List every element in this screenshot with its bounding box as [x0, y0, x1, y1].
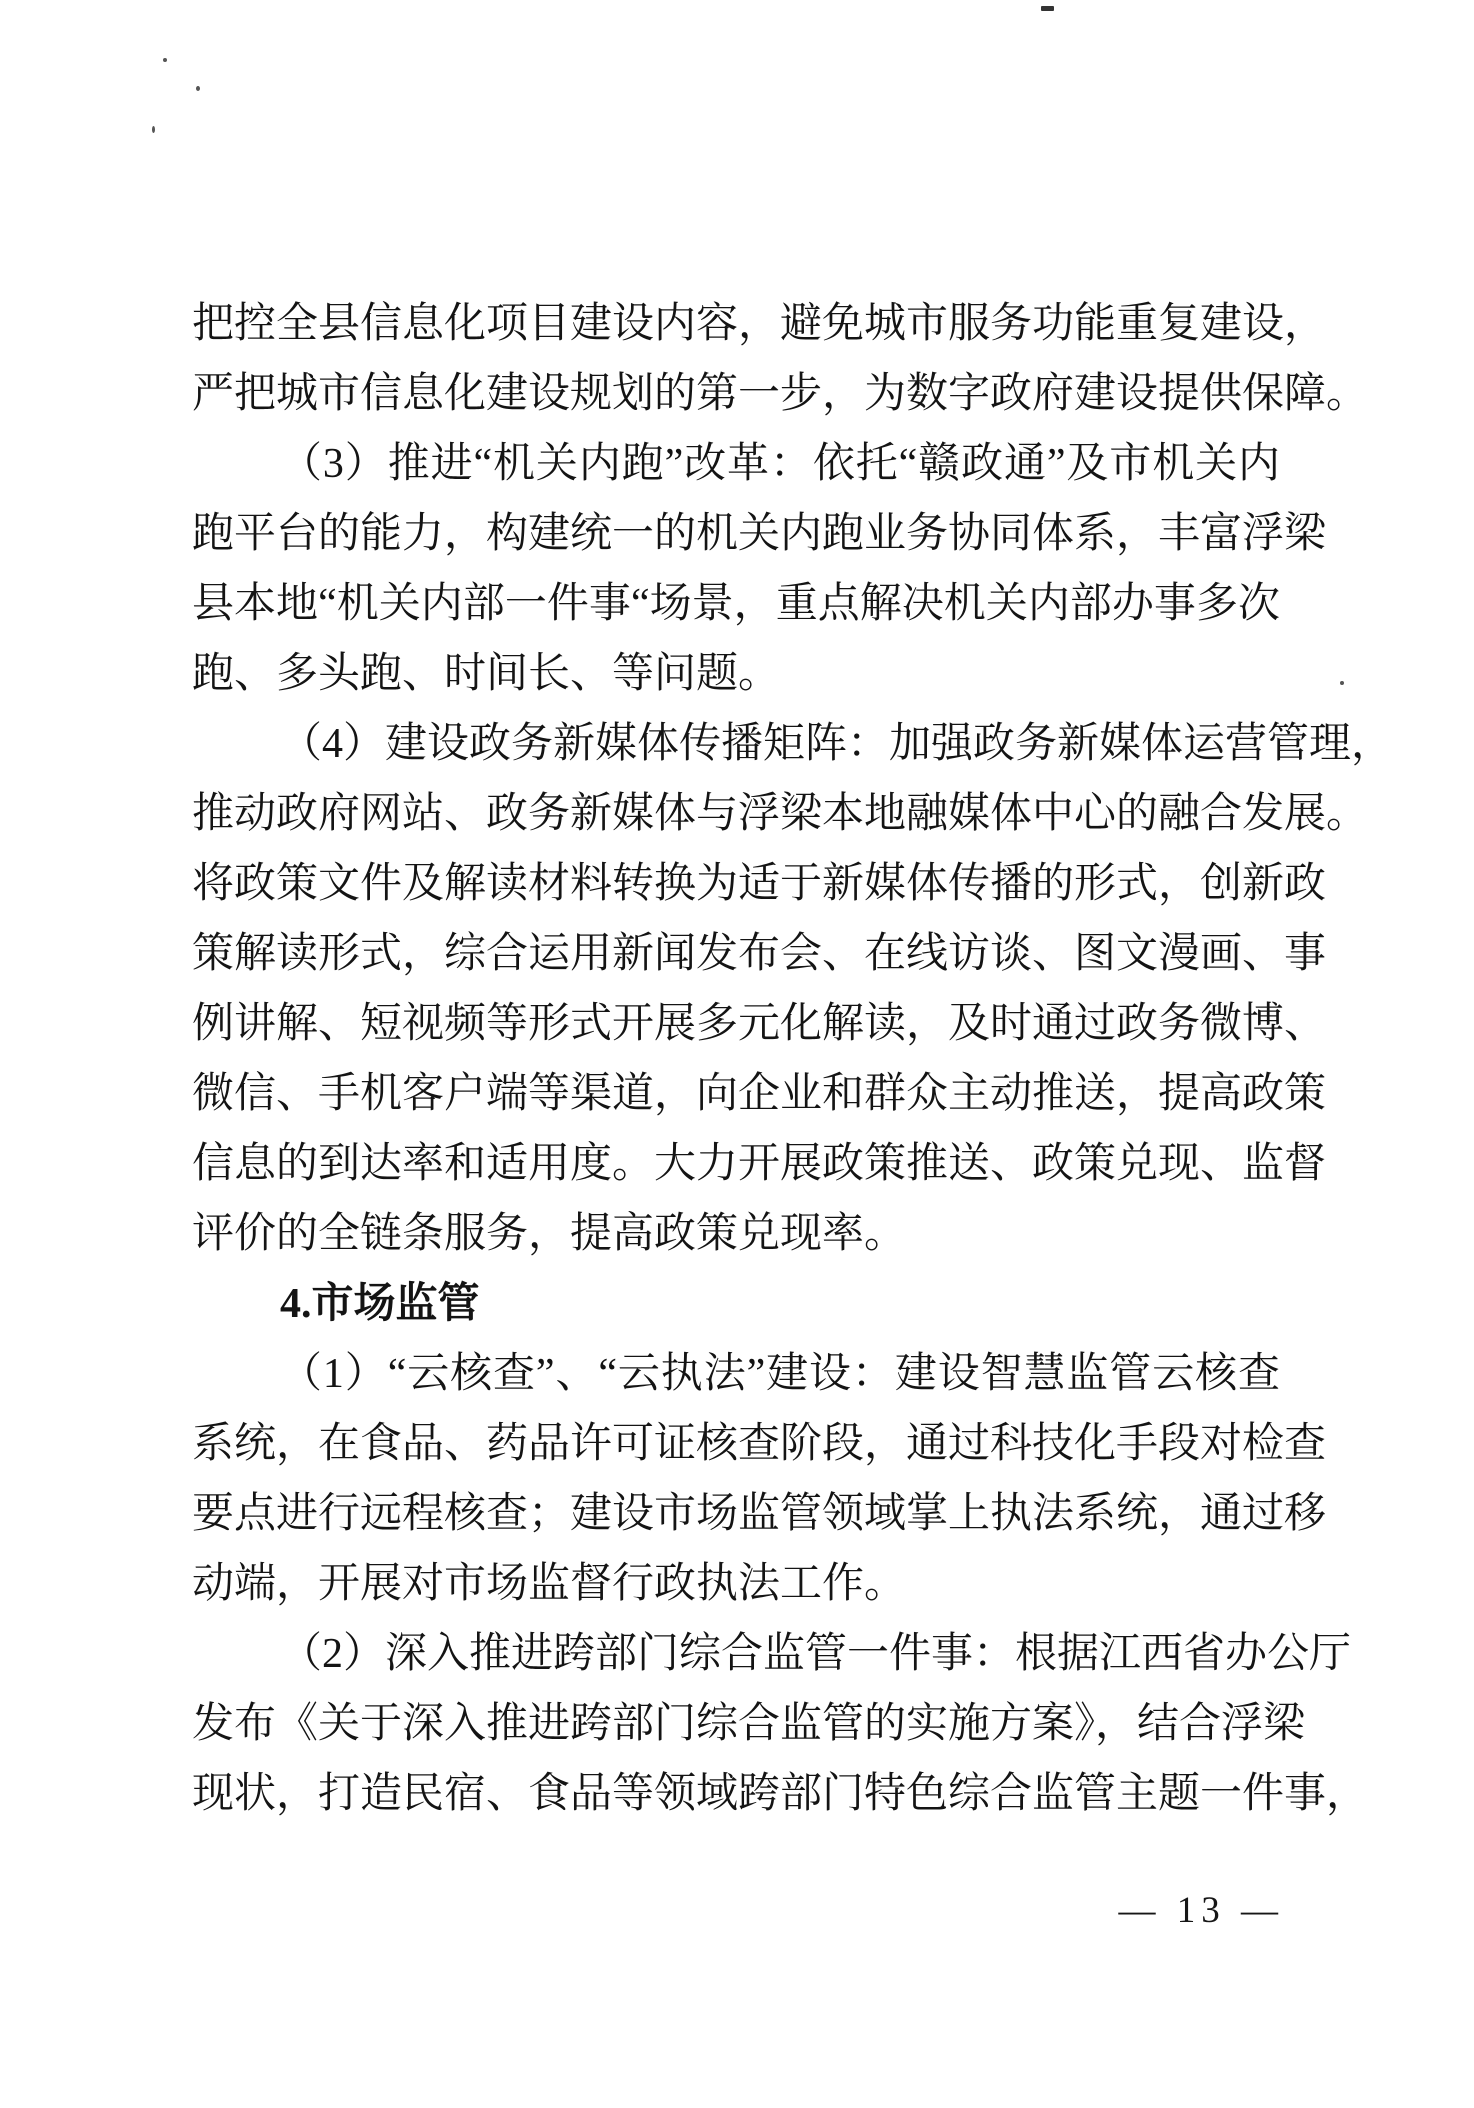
text-line: 现状，打造民宿、食品等领域跨部门特色综合监管主题一件事，	[192, 1759, 1280, 1829]
text-line: （2）深入推进跨部门综合监管一件事：根据江西省办公厅	[192, 1619, 1280, 1689]
text-line: 例讲解、短视频等形式开展多元化解读，及时通过政务微博、	[192, 989, 1280, 1059]
page-number: — 13 —	[1119, 1888, 1285, 1934]
text-line: 将政策文件及解读材料转换为适于新媒体传播的形式，创新政	[192, 849, 1280, 919]
text-line: （3）推进“机关内跑”改革：依托“赣政通”及市机关内	[192, 429, 1280, 499]
text-line: 县本地“机关内部一件事“场景，重点解决机关内部办事多次	[192, 569, 1280, 639]
document-body: 把控全县信息化项目建设内容，避免城市服务功能重复建设，严把城市信息化建设规划的第…	[192, 289, 1280, 1829]
text-line: （4）建设政务新媒体传播矩阵：加强政务新媒体运营管理，	[192, 709, 1280, 779]
text-line: 4.市场监管	[192, 1269, 1280, 1339]
text-line: 严把城市信息化建设规划的第一步，为数字政府建设提供保障。	[192, 359, 1280, 429]
text-line: 推动政府网站、政务新媒体与浮梁本地融媒体中心的融合发展。	[192, 779, 1280, 849]
text-line: 把控全县信息化项目建设内容，避免城市服务功能重复建设，	[192, 289, 1280, 359]
scan-artifact	[152, 126, 155, 133]
scan-artifact	[1041, 6, 1054, 11]
text-line: 评价的全链条服务，提高政策兑现率。	[192, 1199, 1280, 1269]
text-line: 策解读形式，综合运用新闻发布会、在线访谈、图文漫画、事	[192, 919, 1280, 989]
text-line: 要点进行远程核查；建设市场监管领域掌上执法系统，通过移	[192, 1479, 1280, 1549]
text-line: 系统，在食品、药品许可证核查阶段，通过科技化手段对检查	[192, 1409, 1280, 1479]
document-page: 把控全县信息化项目建设内容，避免城市服务功能重复建设，严把城市信息化建设规划的第…	[0, 0, 1474, 2108]
text-line: 动端，开展对市场监督行政执法工作。	[192, 1549, 1280, 1619]
text-line: 微信、手机客户端等渠道，向企业和群众主动推送，提高政策	[192, 1059, 1280, 1129]
scan-artifact	[196, 86, 200, 91]
text-line: （1）“云核查”、“云执法”建设：建设智慧监管云核查	[192, 1339, 1280, 1409]
scan-artifact	[1340, 681, 1344, 685]
text-line: 发布《关于深入推进跨部门综合监管的实施方案》，结合浮梁	[192, 1689, 1280, 1759]
text-line: 信息的到达率和适用度。大力开展政策推送、政策兑现、监督	[192, 1129, 1280, 1199]
text-line: 跑、多头跑、时间长、等问题。	[192, 639, 1280, 709]
text-line: 跑平台的能力，构建统一的机关内跑业务协同体系，丰富浮梁	[192, 499, 1280, 569]
scan-artifact	[163, 58, 167, 62]
